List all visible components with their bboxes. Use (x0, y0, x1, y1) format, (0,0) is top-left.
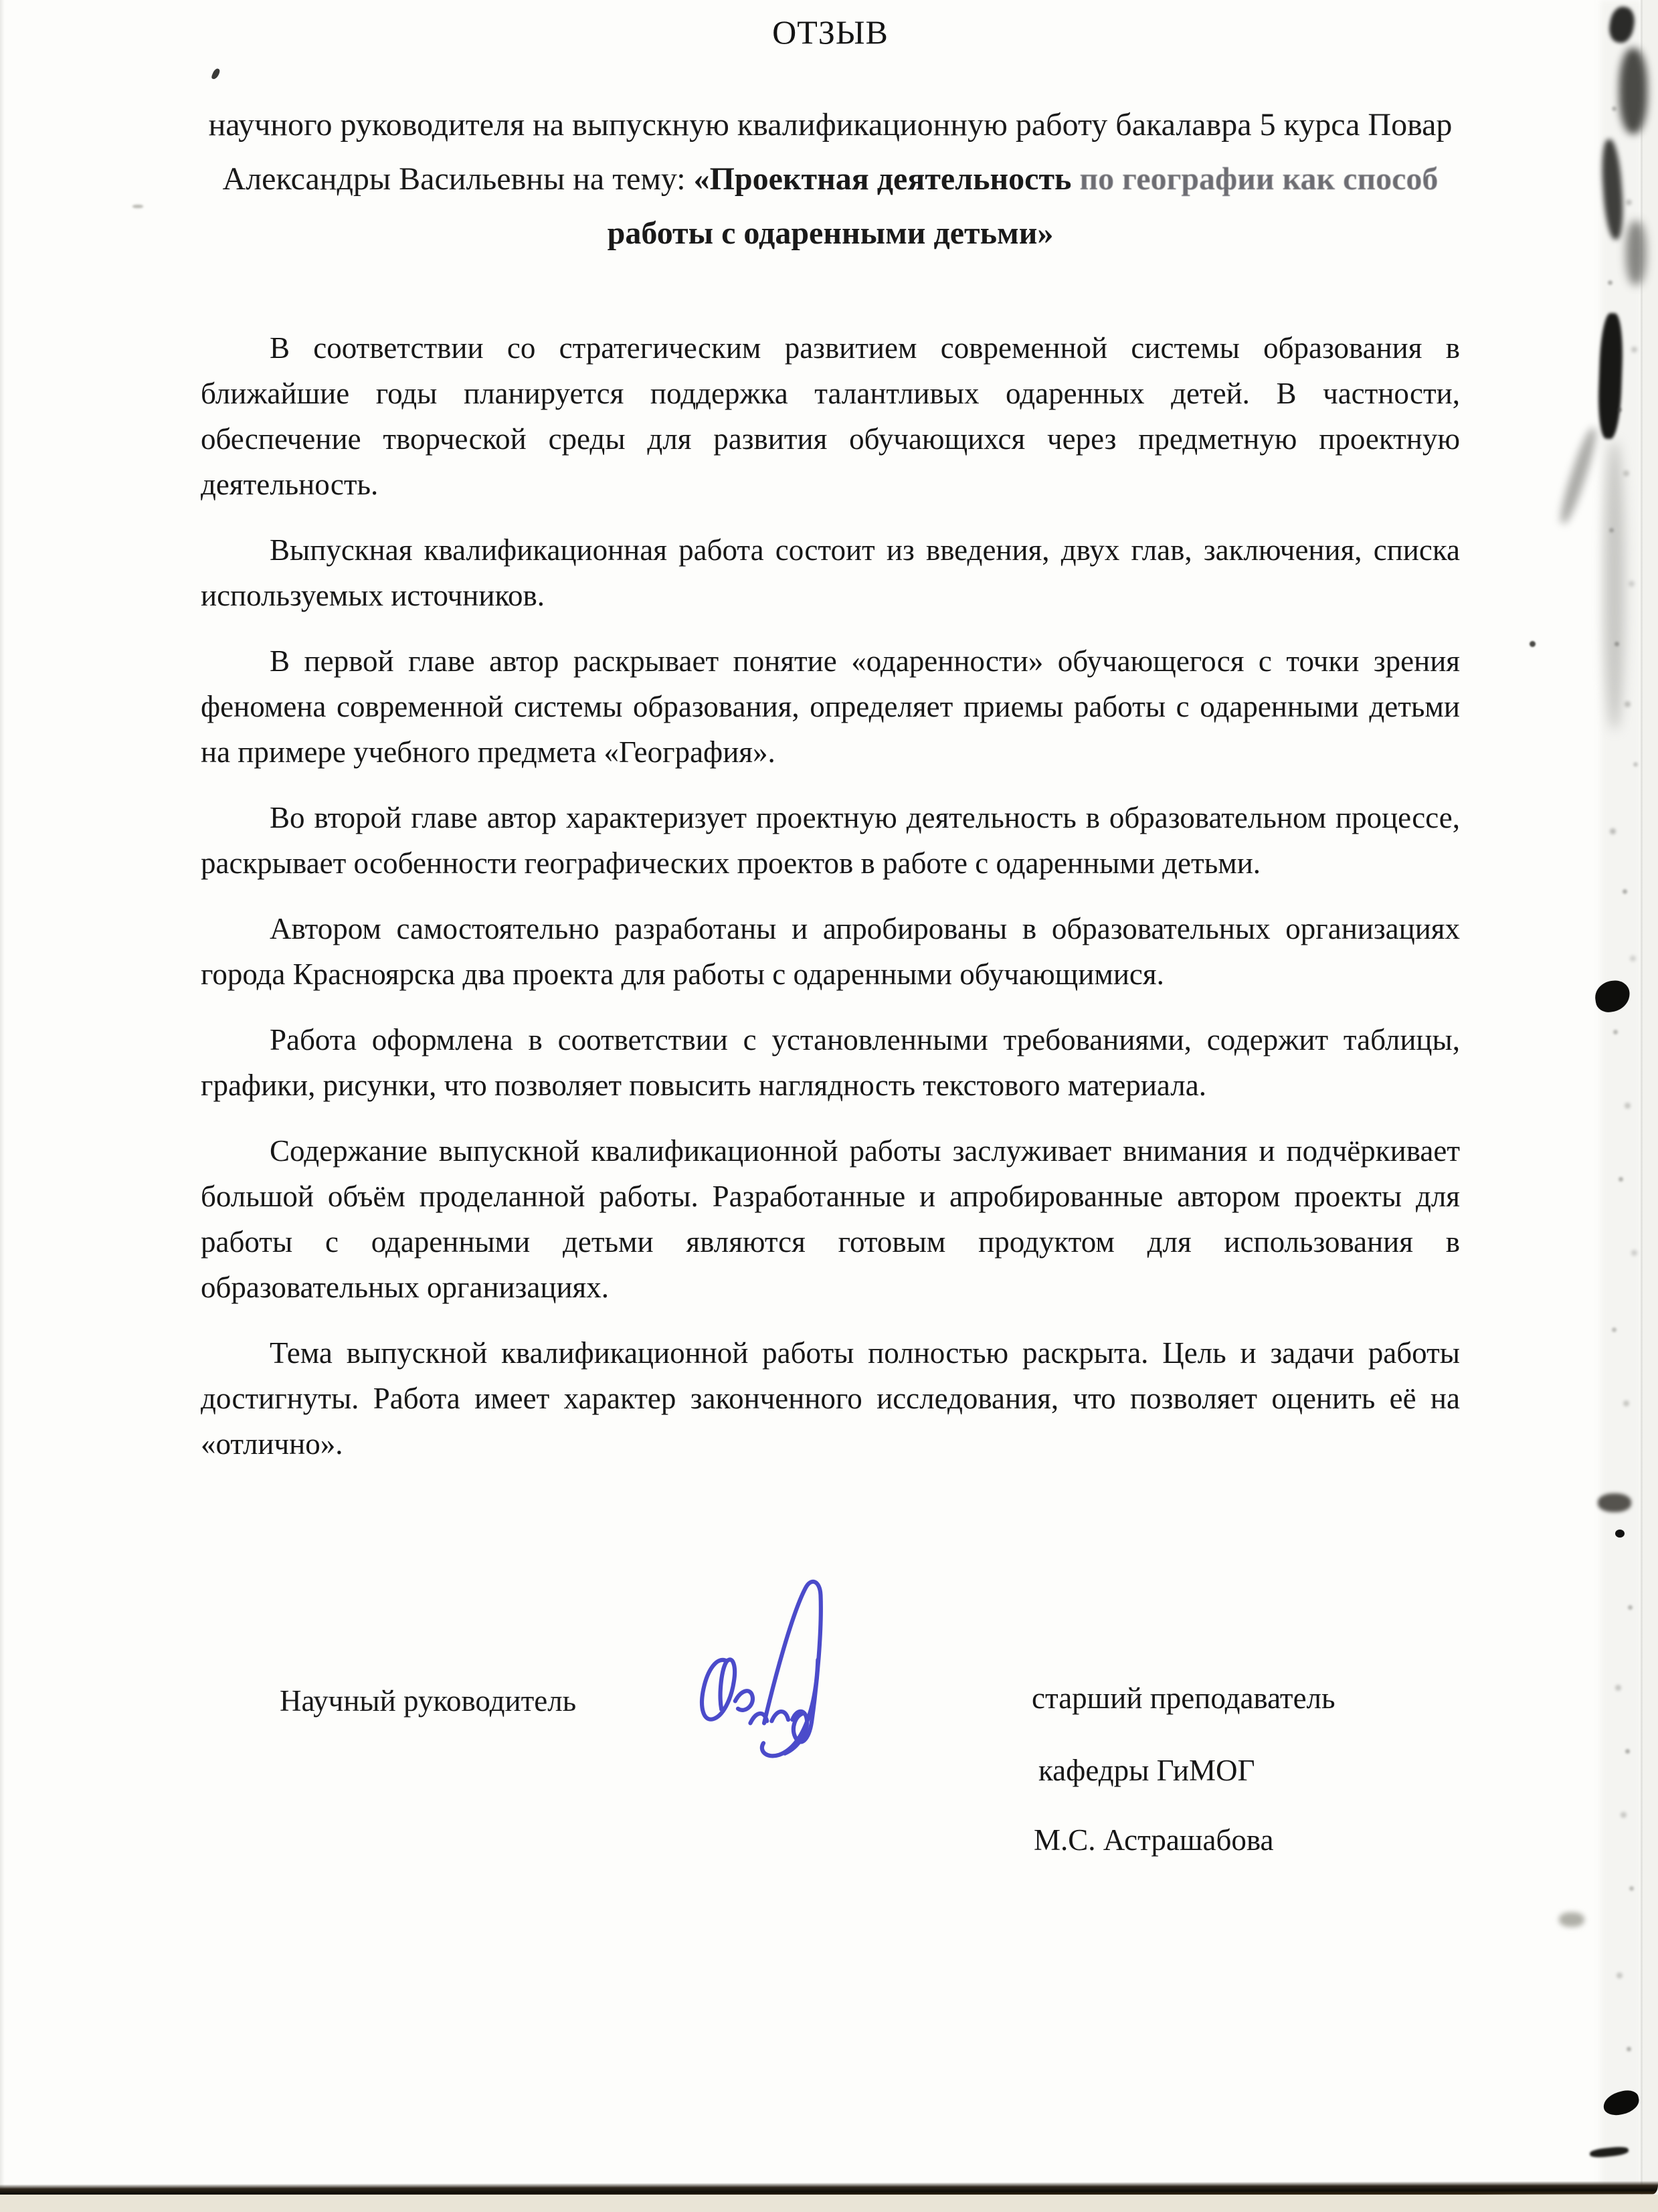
thesis-topic-bold: «Проектная деятельность (694, 161, 1080, 197)
scan-smudge (1626, 221, 1646, 285)
scan-below-edge-strip (0, 2195, 1658, 2212)
subtitle-line-2-normal: Александры Васильевны на тему: (223, 161, 694, 197)
supervisor-name: М.С. Астрашабова (1034, 1823, 1273, 1857)
subtitle-line-1: научного руководителя на выпускную квали… (201, 98, 1460, 152)
ink-dot (1615, 1530, 1625, 1538)
paragraph-7: Содержание выпускной квалификационной ра… (201, 1128, 1460, 1310)
scanned-review-document: ОТЗЫВ научного руководителя на выпускную… (0, 0, 1658, 2212)
signature-ink-icon (669, 1578, 903, 1758)
paragraph-6: Работа оформлена в соответствии с устано… (201, 1017, 1460, 1108)
page-title: ОТЗЫВ (201, 12, 1460, 52)
supervisor-position: старший преподаватель (1032, 1681, 1335, 1716)
handwritten-signature (669, 1578, 903, 1758)
scan-left-edge-shadow (0, 0, 5, 2212)
paragraph-5: Автором самостоятельно разработаны и апр… (201, 906, 1460, 997)
supervisor-department: кафедры ГиМОГ (1038, 1753, 1255, 1788)
subtitle-line-2: Александры Васильевны на тему: «Проектна… (201, 152, 1460, 206)
paragraph-8: Тема выпускной квалификационной работы п… (201, 1330, 1460, 1467)
paragraph-2: Выпускная квалификационная работа состои… (201, 527, 1460, 618)
scan-smudge (1559, 1912, 1584, 1927)
supervisor-role-label: Научный руководитель (280, 1683, 576, 1718)
stray-mark (211, 68, 221, 80)
scan-smudge (1556, 426, 1600, 525)
paragraph-4: Во второй главе автор характеризует прое… (201, 795, 1460, 886)
paragraph-1: В соответствии со стратегическим развити… (201, 325, 1460, 507)
ink-dot (1530, 641, 1536, 647)
scan-smudge (1598, 1493, 1631, 1512)
thesis-topic-bold-faded: по географии как способ (1079, 161, 1438, 197)
document-subtitle: научного руководителя на выпускную квали… (201, 98, 1460, 260)
subtitle-line-3: работы с одаренными детьми» (201, 206, 1460, 260)
paragraph-3: В первой главе автор раскрывает понятие … (201, 638, 1460, 775)
scan-speckles (0, 0, 3, 3)
document-body: В соответствии со стратегическим развити… (201, 325, 1460, 1487)
scan-paper-edge (1641, 0, 1658, 2212)
stray-mark (132, 205, 143, 208)
scan-smudge (1619, 48, 1647, 134)
scan-smudge (1604, 442, 1625, 729)
